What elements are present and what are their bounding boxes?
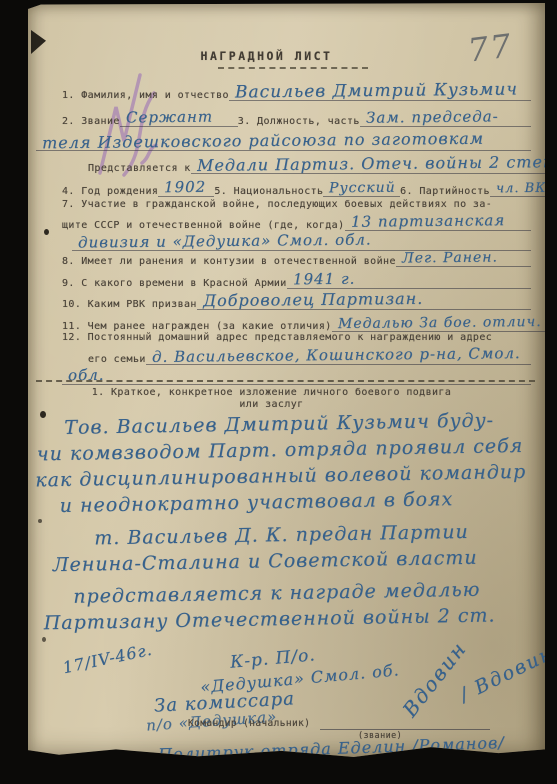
form-row-rank-position: 2. Звание Сержант 3. Должность, часть За…	[62, 103, 531, 127]
field-label-prior-awards: 11. Чем ранее награжден (за какие отличи…	[62, 321, 332, 332]
feat-description: Тов. Васильев Дмитрий Кузьмич буду- чи к…	[34, 407, 543, 637]
field-value-position: Зам. председа-	[366, 107, 499, 126]
signature-vdovin-2: / Вдовин	[456, 642, 557, 706]
date-handwritten: 17/IV-46г.	[61, 640, 154, 678]
field-label-name: 1. Фамилия, имя и отчество	[62, 90, 229, 101]
field-label-birth-year: 4. Год рождения	[62, 186, 158, 197]
form-row-year-nationality-party: 4. Год рождения 1902 5. Национальность Р…	[62, 173, 531, 197]
field-value-rank: Сержант	[126, 108, 213, 127]
typed-commander-label: Командир (начальник)	[188, 718, 310, 729]
scanned-award-sheet: 77 НАГРАДНОЙ ЛИСТ 1. Фамилия, имя и отче…	[0, 0, 557, 784]
field-label-party: 6. Партийность	[400, 186, 490, 197]
ink-speck	[42, 637, 46, 642]
document-title: НАГРАДНОЙ ЛИСТ	[28, 49, 505, 63]
form-row-home-address: его семьи д. Васильевское, Кошинского р-…	[88, 343, 531, 365]
field-label-nationality: 5. Национальность	[214, 186, 323, 197]
field-value-party: чл. ВКП	[496, 181, 557, 197]
field-label-home-address-1: 12. Постоянный домашний адрес представля…	[62, 332, 492, 343]
field-value-birth-year: 1902	[164, 178, 206, 196]
field-value-wounds: Лег. Ранен.	[402, 249, 498, 266]
form-row-position-cont: теля Издешковского райсоюза по заготовка…	[36, 127, 531, 151]
punch-hole	[44, 229, 49, 235]
form-row-war-participation: щите СССР и отечественной войне (где, ко…	[62, 209, 531, 231]
field-value-drafted-by: Доброволец Партизан.	[203, 289, 423, 310]
signature-vdovin-1: Вдовин	[398, 637, 472, 722]
title-underline	[218, 67, 368, 69]
field-value-prior-awards: Медалью За бое. отлич.	[338, 314, 542, 332]
field-value-name: Васильев Дмитрий Кузьмич	[235, 80, 518, 103]
form-row-prior-awards: 11. Чем ранее награжден (за какие отличи…	[62, 308, 531, 332]
field-value-presented: Медали Партиз. Отеч. войны 2 степ.	[197, 152, 557, 175]
form-row-name: 1. Фамилия, имя и отчество Васильев Дмит…	[62, 75, 531, 101]
politruk-signature-line: Политрук отряда Еделин /Романов/	[158, 733, 505, 764]
feat-section-header-1: 1. Краткое, конкретное изложение личного…	[28, 387, 515, 398]
field-label-position: 3. Должность, часть	[238, 116, 360, 127]
form-row-presented: Представляется к Медали Партиз. Отеч. во…	[88, 150, 531, 174]
field-value-war-participation-1: 13 партизанская	[350, 211, 504, 231]
page-number: 77	[466, 26, 515, 69]
field-value-nationality: Русский	[329, 180, 396, 197]
form-row-wounds: 8. Имеет ли ранения и контузии в отечест…	[62, 243, 531, 267]
form-row-drafted-by: 10. Каким РВК призван Доброволец Партиза…	[62, 286, 531, 310]
paper-sheet: 77 НАГРАДНОЙ ЛИСТ 1. Фамилия, имя и отче…	[28, 3, 545, 760]
section-separator	[36, 380, 535, 382]
signature-rule	[320, 729, 490, 730]
field-label-rank: 2. Звание	[62, 116, 120, 127]
field-value-position-cont: теля Издешковского райсоюза по заготовка…	[42, 129, 484, 153]
